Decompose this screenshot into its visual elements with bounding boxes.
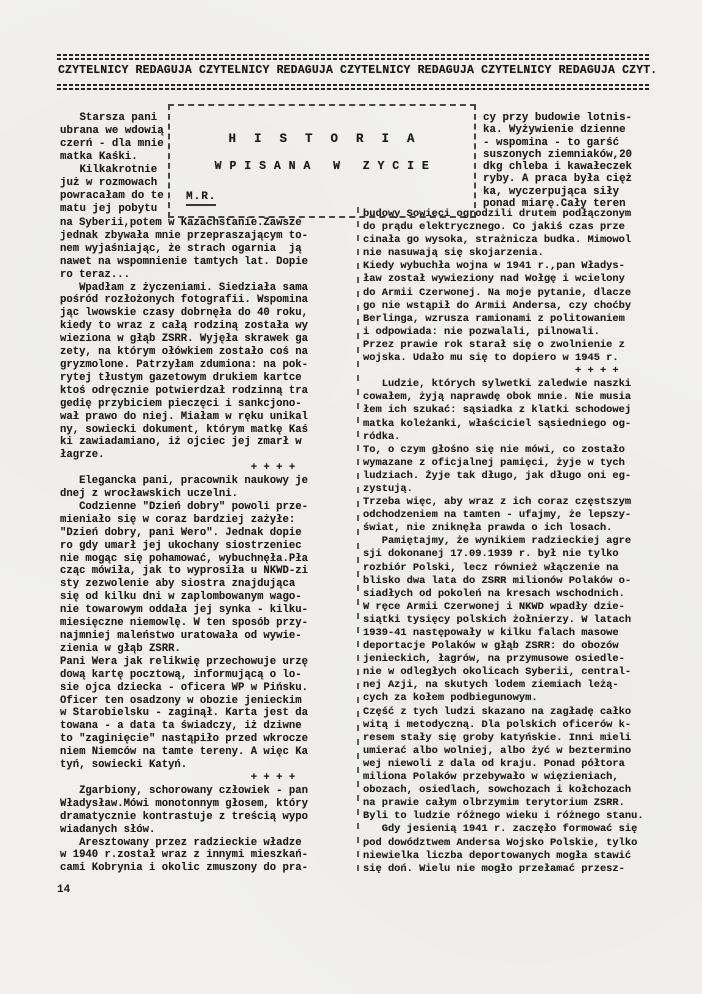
text-line: cowałem, żyją naprawdę obok mnie. Nie mu… bbox=[363, 391, 655, 404]
intro-right-column: cy przy budowie lotnis-ka. Wyżywienie dz… bbox=[483, 112, 655, 210]
text-line: się od kilku dni w zaplombowanym wago- bbox=[60, 591, 358, 604]
text-line: ródka. bbox=[363, 431, 655, 444]
text-line: Oficer ten osadzony w obozie jenieckim bbox=[60, 695, 358, 708]
text-line: Przez prawie rok starał się o zwolnienie… bbox=[363, 339, 655, 352]
text-line: Gdy jesienią 1941 r. zaczęło formować si… bbox=[363, 823, 655, 836]
text-line: ław został wywieziony nad Wołgę i wcielo… bbox=[363, 273, 655, 286]
text-line: To, o czym głośno się nie mówi, co zosta… bbox=[363, 444, 655, 457]
text-line: cinała go wysoka, strażnicza budka. Mimo… bbox=[363, 234, 655, 247]
text-line: wej niewoli z dala od kraju. Ponad półto… bbox=[363, 758, 655, 771]
article-title-line1: H I S T O R I A bbox=[170, 132, 474, 146]
scanned-document-page: CZYTELNICY REDAGUJA CZYTELNICY REDAGUJA … bbox=[0, 0, 702, 994]
rule-stroke bbox=[57, 58, 649, 60]
text-line: Kiedy wybuchła wojna w 1941 r.,pan Włady… bbox=[363, 260, 655, 273]
text-line: "Dzień dobry, pani Wero". Jednak dopie bbox=[60, 527, 358, 540]
text-line: się doń. Wielu nie mogło przełamać przes… bbox=[363, 863, 655, 876]
text-line: już w rozmowach bbox=[60, 177, 172, 190]
text-line: cych za kołem podbiegunowym. bbox=[363, 692, 655, 705]
text-line: rozbiór Polski, lecz również włączenie n… bbox=[363, 562, 655, 575]
rule-stroke bbox=[57, 84, 649, 86]
text-line: Pani Wera jak relikwię przechowuje urzę bbox=[60, 656, 358, 669]
text-line: + + + + bbox=[363, 365, 655, 378]
text-line: nem wyjaśniając, że strach ogarnia ją bbox=[60, 243, 358, 256]
text-line: ka, wyczerpująca siły bbox=[483, 186, 655, 198]
text-line: suszonych ziemniaków,20 bbox=[483, 149, 655, 161]
text-line: w Starobielsku - zaginął. Karta jest da bbox=[60, 707, 358, 720]
text-line: jednak zbywała mnie przepraszającym to- bbox=[60, 230, 358, 243]
rule-stroke bbox=[57, 88, 649, 90]
text-line: dramatycznie kontrastuje z treścią wypo bbox=[60, 811, 358, 824]
text-line: witą i metodyczną. Dla polskich oficerów… bbox=[363, 719, 655, 732]
text-line: do Armii Czerwonej. Na moje pytanie, dla… bbox=[363, 287, 655, 300]
article-title-box: H I S T O R I A W P I S A N A W Z Y C I … bbox=[168, 104, 476, 218]
text-line: wieziona w głąb ZSRR. Wyjęła skrawek ga bbox=[60, 333, 358, 346]
text-line: nej Azji, na skutych lodem ziemiach leżą… bbox=[363, 679, 655, 692]
text-line: jąc lwowskie czasy dobrnęła do 40 roku, bbox=[60, 307, 358, 320]
text-line: + + + + bbox=[60, 772, 358, 785]
text-line: zienia w głąb ZSRR. bbox=[60, 643, 358, 656]
text-line: sji dokonanej 17.09.1939 r. był nie tylk… bbox=[363, 548, 655, 561]
author-initials: M.R. bbox=[186, 191, 216, 206]
text-line: to "zaginięcie" nastąpiło przed wkrocze bbox=[60, 733, 358, 746]
text-line: mieniało się w coraz bardziej zażyłe: bbox=[60, 514, 358, 527]
ruled-line-bottom bbox=[57, 84, 649, 90]
text-line: tyń, sowiecki Katyń. bbox=[60, 759, 358, 772]
text-line: nawet na wspomnienie tamtych lat. Dopie bbox=[60, 256, 358, 269]
text-line: niem Niemców na tamte tereny. A więc Ka bbox=[60, 746, 358, 759]
text-line: wiadanych słów. bbox=[60, 824, 358, 837]
text-line: - wspomina - to garść bbox=[483, 137, 655, 149]
text-line: matka koleżanki, właściciel sąsiedniego … bbox=[363, 418, 655, 431]
article-title-line2: W P I S A N A W Z Y C I E bbox=[170, 160, 474, 173]
text-line: pośród rozłożonych fotografii. Wspomina bbox=[60, 294, 358, 307]
text-line: łagrze. bbox=[60, 449, 358, 462]
text-line: kiedy to wraz z całą rodziną została wy bbox=[60, 320, 358, 333]
text-line: nie towarowym oddała jej synka - kilku- bbox=[60, 604, 358, 617]
text-line: Elegancka pani, pracownik naukowy je bbox=[60, 475, 358, 488]
text-line: 1939-41 następowały w kilku falach masow… bbox=[363, 627, 655, 640]
text-line: nie nasuwają się skojarzenia. bbox=[363, 247, 655, 260]
text-line: ludziach. Żyje tak długo, jak długo oni … bbox=[363, 470, 655, 483]
text-line: ktoś odręcznie potwierdzał rodzinną tra bbox=[60, 385, 358, 398]
text-line: Władysław.Mówi monotonnym głosem, który bbox=[60, 798, 358, 811]
text-line: niewielka liczba deportowanych mogła sta… bbox=[363, 850, 655, 863]
rule-stroke bbox=[57, 54, 649, 56]
text-line: umierać albo wolniej, albo żyć w bezterm… bbox=[363, 745, 655, 758]
text-line: go nie wstąpił do Armii Andersa, czy cho… bbox=[363, 300, 655, 313]
text-line: rytej tłustym gazetowym drukiem kartce bbox=[60, 372, 358, 385]
text-line: ro teraz... bbox=[60, 269, 358, 282]
text-line: Codzienne "Dzień dobry" powoli prze- bbox=[60, 501, 358, 514]
text-line: najmniej maleństwo uratowała od wywie- bbox=[60, 630, 358, 643]
text-line: dową kartę pocztową, informującą o lo- bbox=[60, 669, 358, 682]
text-line: obozach, osiedlach, sowchozach i kołchoz… bbox=[363, 784, 655, 797]
text-line: towana - a data ta świadczy, iż dziwne bbox=[60, 720, 358, 733]
text-line: odchodzeniem na tamten - ufajmy, że leps… bbox=[363, 509, 655, 522]
header-banner: CZYTELNICY REDAGUJA CZYTELNICY REDAGUJA … bbox=[58, 64, 650, 77]
text-line: dnej z wrocławskich uczelni. bbox=[60, 488, 358, 501]
page-number: 14 bbox=[57, 884, 70, 896]
text-line: Pamiętajmy, że wynikiem radzieckiej agre bbox=[363, 535, 655, 548]
text-line: Ludzie, których sylwetki zaledwie naszki bbox=[363, 378, 655, 391]
text-line: sty zezwolenie aby siostra znajdująca bbox=[60, 578, 358, 591]
text-line: cząc mówiła, jak to wyprosiła u NKWD-zi bbox=[60, 565, 358, 578]
text-line: cy przy budowie lotnis- bbox=[483, 112, 655, 124]
text-line: gryzmolone. Patrzyłam zdumiona: na pok- bbox=[60, 359, 358, 372]
text-line: Starsza pani bbox=[60, 112, 172, 125]
text-line: w 1940 r.został wraz z innymi mieszkań- bbox=[60, 849, 358, 862]
text-line: Trzeba więc, aby wraz z ich coraz częsts… bbox=[363, 496, 655, 509]
text-line: na prawie całym olbrzymim terytorium ZSR… bbox=[363, 797, 655, 810]
text-line: matu jej pobytu bbox=[60, 203, 172, 216]
text-line: cami Kobrynia i okolic zmuszony do pra- bbox=[60, 862, 358, 875]
text-line: do prądu elektrycznego. Co jakiś czas pr… bbox=[363, 221, 655, 234]
text-line: blisko dwa lata do ZSRR milionów Polaków… bbox=[363, 575, 655, 588]
text-line: resem stały się groby katyńskie. Inni mi… bbox=[363, 732, 655, 745]
text-line: siadłych od pokoleń na kresach wschodnic… bbox=[363, 588, 655, 601]
text-line: nie w odległych okolicach Syberii, centr… bbox=[363, 666, 655, 679]
text-line: wojska. Udało mu się to dopiero w 1945 r… bbox=[363, 352, 655, 365]
text-line: + + + + bbox=[60, 462, 358, 475]
text-line: ki zawiadamiano, iż ojciec jej zmarł w bbox=[60, 436, 358, 449]
text-line: wymazane z oficjalnej pamięci, żyje w ty… bbox=[363, 457, 655, 470]
text-line: świat, nie zniknęła prawda o ich losach. bbox=[363, 522, 655, 535]
text-line: sie ojca dziecka - oficera WP w Pińsku. bbox=[60, 682, 358, 695]
text-line: nie mogąc się pohamować, wybuchnęła.Pła bbox=[60, 553, 358, 566]
text-line: Zgarbiony, schorowany człowiek - pan bbox=[60, 785, 358, 798]
text-line: czerń - dla mnie bbox=[60, 138, 172, 151]
text-line: Wpadłam z życzeniami. Siedziała sama bbox=[60, 282, 358, 295]
ruled-line-top bbox=[57, 54, 649, 60]
text-line: i odpowiada: nie pozwalali, pilnowali. bbox=[363, 326, 655, 339]
text-line: dkg chleba i kawałeczek bbox=[483, 161, 655, 173]
text-line: powracałam do te bbox=[60, 190, 172, 203]
text-line: budowy Sowieci ogrodzili drutem podłączo… bbox=[363, 208, 655, 221]
text-line: ny, sowiecki dokument, którym matkę Kaś bbox=[60, 424, 358, 437]
text-line: ka. Wyżywienie dzienne bbox=[483, 124, 655, 136]
text-line: Berlinga, wzrusza ramionami z politowani… bbox=[363, 313, 655, 326]
text-line: miliona Polaków przebywało w więzieniach… bbox=[363, 771, 655, 784]
text-line: zety, na którym ołówkiem zostało coś na bbox=[60, 346, 358, 359]
text-line: pod dowództwem Andersa Wojsko Polskie, t… bbox=[363, 837, 655, 850]
text-line: Kilkakrotnie bbox=[60, 164, 172, 177]
text-line: na Syberii,potem w Kazachstanie.Zawsze bbox=[60, 217, 358, 230]
intro-left-column: Starsza paniubrana we wdowiączerń - dla … bbox=[60, 112, 172, 216]
text-line: Część z tych ludzi skazano na zagładę ca… bbox=[363, 706, 655, 719]
text-line: siątki tysięcy polskich żołnierzy. W lat… bbox=[363, 614, 655, 627]
text-line: łem ich szukać: sąsiadka z klatki schodo… bbox=[363, 404, 655, 417]
text-line: W ręce Armii Czerwonej i NKWD wpadły dzi… bbox=[363, 601, 655, 614]
text-line: zystują. bbox=[363, 483, 655, 496]
text-line: Byli to ludzie różnego wieku i różnego s… bbox=[363, 810, 655, 823]
text-line: jenieckich, łagrów, na przymusowe osiedl… bbox=[363, 653, 655, 666]
left-column: na Syberii,potem w Kazachstanie.Zawszeje… bbox=[60, 217, 358, 875]
text-line: miesięczne niemowlę. W ten sposób przy- bbox=[60, 617, 358, 630]
text-line: ubrana we wdowią bbox=[60, 125, 172, 138]
text-line: deportacje Polaków w głąb ZSRR: do obozó… bbox=[363, 640, 655, 653]
text-line: ryby. A praca była cięż bbox=[483, 173, 655, 185]
text-line: gedię przybiciem pieczęci i sankcjono- bbox=[60, 398, 358, 411]
text-line: ro gdy umarł jej ukochany siostrzeniec bbox=[60, 540, 358, 553]
right-column: budowy Sowieci ogrodzili drutem podłączo… bbox=[363, 208, 655, 876]
text-line: matka Kaśki. bbox=[60, 151, 172, 164]
text-line: wał prawo do niej. Miałam w ręku unikal bbox=[60, 411, 358, 424]
text-line: Aresztowany przez radzieckie władze bbox=[60, 837, 358, 850]
